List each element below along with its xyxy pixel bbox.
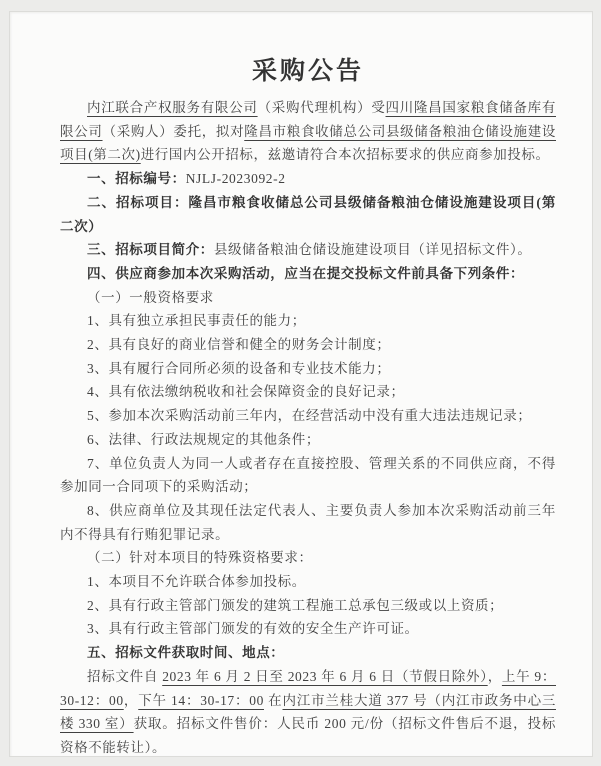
scanned-page: 采购公告 内江联合产权服务有限公司（采购代理机构）受四川隆昌国家粮食储备库有限公…: [9, 11, 593, 757]
obtain-dates: 2023 年 6 月 2 日至 2023 年 6 月 6 日（节假日除外）: [162, 669, 488, 684]
intro-paragraph: 内江联合产权服务有限公司（采购代理机构）受四川隆昌国家粮食储备库有限公司（采购人…: [60, 96, 556, 167]
intro-text-1: （采购代理机构）受: [258, 100, 386, 115]
obtain-text-3: ，: [124, 693, 139, 708]
bid-number-value: NJLJ-2023092-2: [186, 171, 286, 186]
document-obtain-heading: 五、招标文件获取时间、地点：: [60, 641, 556, 665]
document-content: 采购公告 内江联合产权服务有限公司（采购代理机构）受四川隆昌国家粮食储备库有限公…: [60, 56, 556, 760]
general-item-6: 6、法律、行政法规规定的其他条件；: [60, 428, 556, 452]
intro-text-2: （采购人）委托，拟对: [103, 124, 245, 139]
bid-number-line: 一、招标编号：NJLJ-2023092-2: [60, 167, 556, 191]
document-obtain-paragraph: 招标文件自 2023 年 6 月 2 日至 2023 年 6 月 6 日（节假日…: [60, 665, 556, 760]
obtain-text-4: 在: [264, 693, 283, 708]
obtain-text-1: 招标文件自: [87, 669, 162, 684]
project-brief-line: 三、招标项目简介：县级储备粮油仓储设施建设项目（详见招标文件）。: [60, 238, 556, 262]
special-item-2: 2、具有行政主管部门颁发的建筑工程施工总承包三级或以上资质；: [60, 594, 556, 618]
bid-project-line: 二、招标项目：隆昌市粮食收储总公司县级储备粮油仓储设施建设项目(第二次）: [60, 191, 556, 238]
general-item-7: 7、单位负责人为同一人或者存在直接控股、管理关系的不同供应商，不得参加同一合同项…: [60, 452, 556, 499]
special-item-1: 1、本项目不允许联合体参加投标。: [60, 570, 556, 594]
obtain-text-2: ，: [488, 669, 502, 684]
special-requirements-heading: （二）针对本项目的特殊资格要求：: [60, 546, 556, 570]
special-item-3: 3、具有行政主管部门颁发的有效的安全生产许可证。: [60, 617, 556, 641]
general-item-3: 3、具有履行合同所必须的设备和专业技术能力；: [60, 357, 556, 381]
general-item-5: 5、参加本次采购活动前三年内，在经营活动中没有重大违法违规记录；: [60, 404, 556, 428]
page-title: 采购公告: [60, 56, 556, 88]
project-brief-value: 县级储备粮油仓储设施建设项目（详见招标文件）。: [214, 242, 532, 257]
intro-text-3: 进行国内公开招标，兹邀请符合本次招标要求的供应商参加投标。: [141, 147, 550, 162]
general-item-2: 2、具有良好的商业信誉和健全的财务会计制度；: [60, 333, 556, 357]
project-brief-label: 三、招标项目简介：: [87, 242, 214, 257]
bid-number-label: 一、招标编号：: [87, 171, 186, 186]
general-item-4: 4、具有依法缴纳税收和社会保障资金的良好记录；: [60, 380, 556, 404]
general-requirements-heading: （一）一般资格要求: [60, 286, 556, 310]
obtain-text-5: 获取。招标文件售价：人民币 200 元/份（招标文件售后不退，投标资格不能转让）…: [60, 716, 556, 755]
general-item-1: 1、具有独立承担民事责任的能力；: [60, 309, 556, 333]
agency-name: 内江联合产权服务有限公司: [87, 100, 258, 115]
obtain-afternoon-hours: 下午 14：30-17：00: [138, 693, 264, 708]
general-item-8: 8、供应商单位及其现任法定代表人、主要负责人参加本次采购活动前三年内不得具有行贿…: [60, 499, 556, 546]
supplier-conditions-heading: 四、供应商参加本次采购活动，应当在提交投标文件前具备下列条件：: [60, 262, 556, 286]
